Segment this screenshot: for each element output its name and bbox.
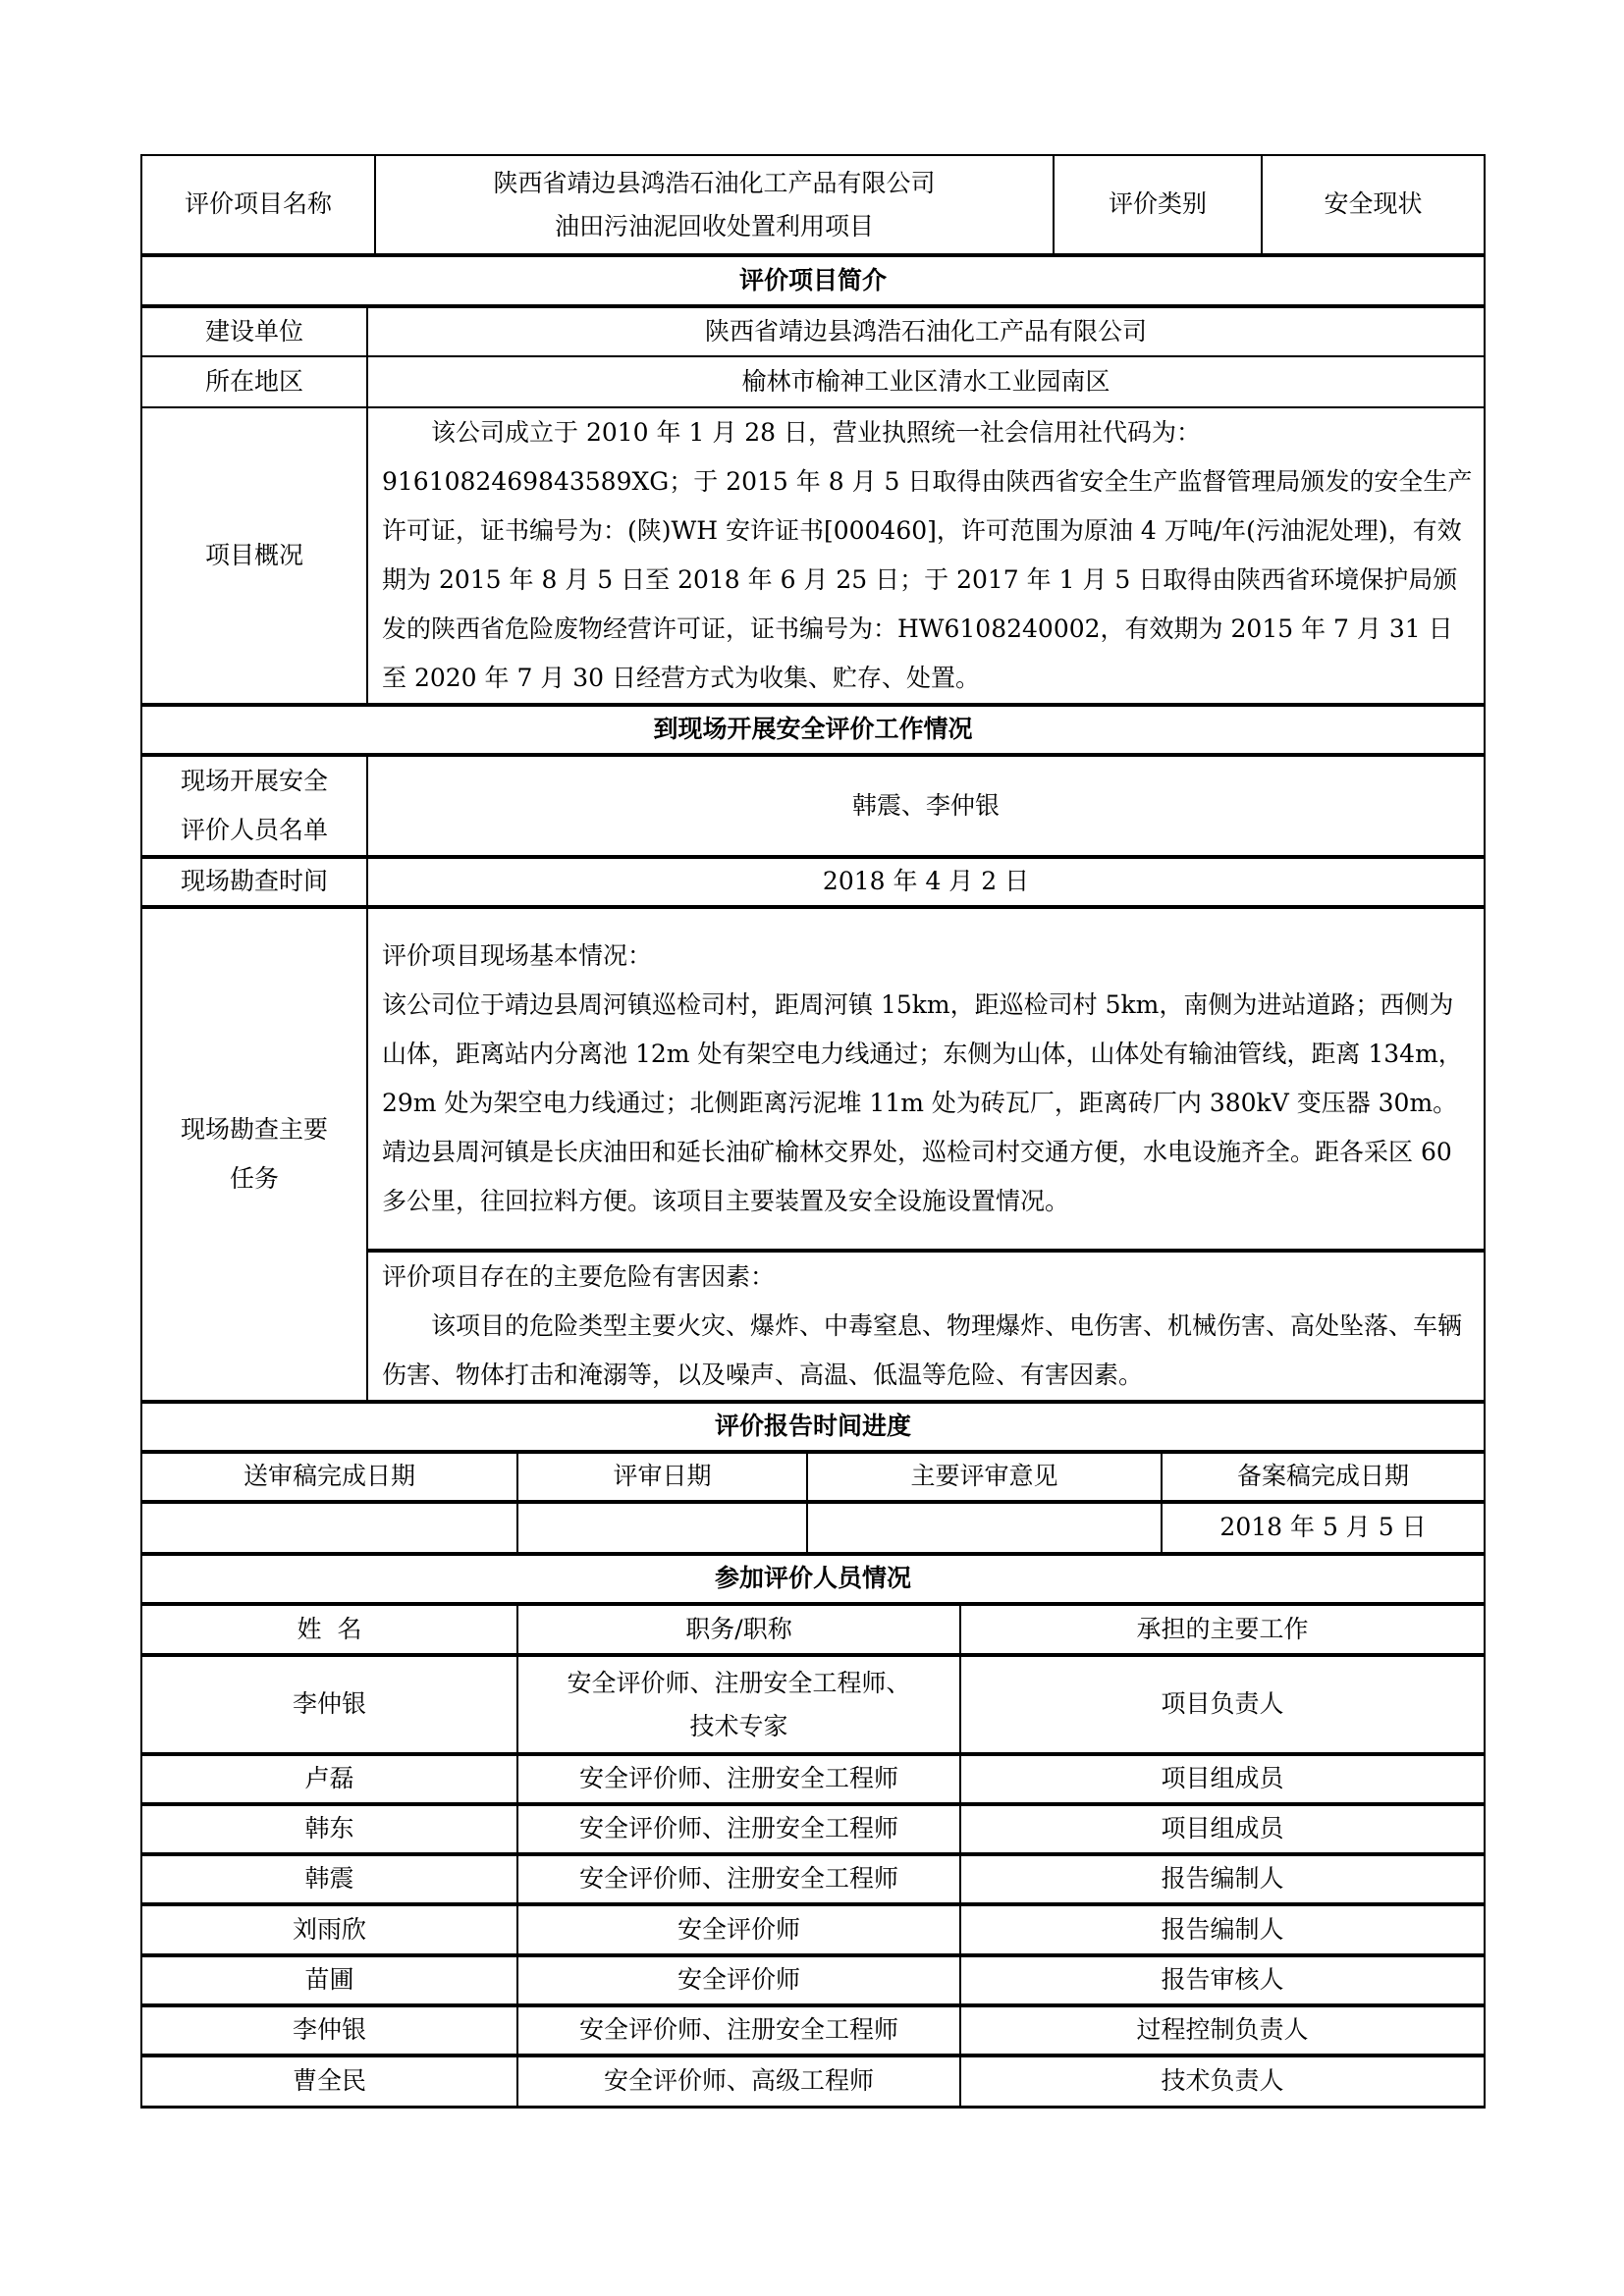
project-name-label: 评价项目名称: [141, 155, 375, 254]
person-name: 刘雨欣: [141, 1904, 517, 1955]
hazard-heading: 评价项目存在的主要危险有害因素：: [382, 1253, 1474, 1302]
section-title-site: 到现场开展安全评价工作情况: [141, 705, 1485, 755]
section-title-personnel: 参加评价人员情况: [141, 1554, 1485, 1604]
builder-value: 陕西省靖边县鸿浩石油化工产品有限公司: [367, 306, 1485, 356]
table-row: 苗圃 安全评价师 报告审核人: [141, 1955, 1485, 2005]
category-label: 评价类别: [1054, 155, 1262, 254]
person-role: 项目负责人: [960, 1655, 1485, 1754]
hazard-text: 该项目的危险类型主要火灾、爆炸、中毒窒息、物理爆炸、电伤害、机械伤害、高处坠落、…: [382, 1302, 1474, 1400]
person-title: 安全评价师、注册安全工程师: [517, 1804, 960, 1854]
intro-table: 评价项目简介 建设单位 陕西省靖边县鸿浩石油化工产品有限公司 所在地区 榆林市榆…: [140, 253, 1486, 1402]
staff-label: 现场开展安全 评价人员名单: [141, 755, 367, 857]
project-name-line2: 油田污油泥回收处置利用项目: [384, 205, 1045, 248]
person-title: 安全评价师: [517, 1904, 960, 1955]
personnel-col-title: 职务/职称: [517, 1604, 960, 1655]
category-value: 安全现状: [1262, 155, 1485, 254]
overview-text: 该公司成立于 2010 年 1 月 28 日，营业执照统一社会信用社代码为：91…: [367, 407, 1485, 705]
person-title: 安全评价师、注册安全工程师: [517, 1854, 960, 1904]
person-title: 安全评价师、注册安全工程师、 技术专家: [517, 1655, 960, 1754]
schedule-col-review-opinion: 主要评审意见: [807, 1452, 1162, 1502]
table-row: 韩震 安全评价师、注册安全工程师 报告编制人: [141, 1854, 1485, 1904]
person-title-line1: 安全评价师、注册安全工程师、: [526, 1662, 951, 1705]
person-name: 李仲银: [141, 2005, 517, 2056]
region-label: 所在地区: [141, 356, 367, 407]
person-role: 报告编制人: [960, 1904, 1485, 1955]
site-basic-heading: 评价项目现场基本情况：: [382, 932, 1474, 981]
person-name: 苗圃: [141, 1955, 517, 2005]
staff-label-line1: 现场开展安全: [150, 757, 358, 806]
schedule-submit-date: [141, 1502, 517, 1553]
person-role: 报告审核人: [960, 1955, 1485, 2005]
schedule-review-date: [517, 1502, 807, 1553]
person-title: 安全评价师: [517, 1955, 960, 2005]
section-title-intro: 评价项目简介: [141, 255, 1485, 306]
table-row: 李仲银 安全评价师、注册安全工程师 过程控制负责人: [141, 2005, 1485, 2056]
person-role: 过程控制负责人: [960, 2005, 1485, 2056]
person-name: 曹全民: [141, 2056, 517, 2107]
site-basic-block: 评价项目现场基本情况： 该公司位于靖边县周河镇巡检司村，距周河镇 15km，距巡…: [367, 907, 1485, 1251]
schedule-review-opinion: [807, 1502, 1162, 1553]
table-row: 刘雨欣 安全评价师 报告编制人: [141, 1904, 1485, 1955]
staff-value: 韩震、李仲银: [367, 755, 1485, 857]
table-row: 韩东 安全评价师、注册安全工程师 项目组成员: [141, 1804, 1485, 1854]
personnel-col-name: 姓 名: [141, 1604, 517, 1655]
table-row: 李仲银 安全评价师、注册安全工程师、 技术专家 项目负责人: [141, 1655, 1485, 1754]
site-basic-text: 该公司位于靖边县周河镇巡检司村，距周河镇 15km，距巡检司村 5km，南侧为进…: [382, 981, 1474, 1226]
survey-time-label: 现场勘查时间: [141, 857, 367, 907]
schedule-table: 评价报告时间进度 送审稿完成日期 评审日期 主要评审意见 备案稿完成日期 201…: [140, 1400, 1486, 1554]
person-name: 李仲银: [141, 1655, 517, 1754]
overview-label: 项目概况: [141, 407, 367, 705]
schedule-filing-date: 2018 年 5 月 5 日: [1162, 1502, 1485, 1553]
evaluation-form: 评价项目名称 陕西省靖边县鸿浩石油化工产品有限公司 油田污油泥回收处置利用项目 …: [140, 154, 1484, 2109]
schedule-col-submit-date: 送审稿完成日期: [141, 1452, 517, 1502]
header-table: 评价项目名称 陕西省靖边县鸿浩石油化工产品有限公司 油田污油泥回收处置利用项目 …: [140, 154, 1486, 255]
personnel-col-role: 承担的主要工作: [960, 1604, 1485, 1655]
survey-time-value: 2018 年 4 月 2 日: [367, 857, 1485, 907]
tasks-label-line2: 任务: [150, 1154, 358, 1203]
person-title: 安全评价师、高级工程师: [517, 2056, 960, 2107]
project-name-line1: 陕西省靖边县鸿浩石油化工产品有限公司: [384, 162, 1045, 205]
tasks-label: 现场勘查主要 任务: [141, 907, 367, 1401]
person-title: 安全评价师、注册安全工程师: [517, 1754, 960, 1804]
hazard-block: 评价项目存在的主要危险有害因素： 该项目的危险类型主要火灾、爆炸、中毒窒息、物理…: [367, 1251, 1485, 1401]
project-name-value: 陕西省靖边县鸿浩石油化工产品有限公司 油田污油泥回收处置利用项目: [375, 155, 1054, 254]
table-row: 曹全民 安全评价师、高级工程师 技术负责人: [141, 2056, 1485, 2107]
person-name: 韩东: [141, 1804, 517, 1854]
table-row: 卢磊 安全评价师、注册安全工程师 项目组成员: [141, 1754, 1485, 1804]
section-title-schedule: 评价报告时间进度: [141, 1402, 1485, 1452]
person-title-line2: 技术专家: [526, 1705, 951, 1748]
person-role: 项目组成员: [960, 1754, 1485, 1804]
staff-label-line2: 评价人员名单: [150, 806, 358, 855]
person-title: 安全评价师、注册安全工程师: [517, 2005, 960, 2056]
personnel-table: 参加评价人员情况 姓 名 职务/职称 承担的主要工作 李仲银 安全评价师、注册安…: [140, 1552, 1486, 2109]
person-name: 韩震: [141, 1854, 517, 1904]
schedule-col-filing-date: 备案稿完成日期: [1162, 1452, 1485, 1502]
person-role: 项目组成员: [960, 1804, 1485, 1854]
schedule-col-review-date: 评审日期: [517, 1452, 807, 1502]
builder-label: 建设单位: [141, 306, 367, 356]
tasks-label-line1: 现场勘查主要: [150, 1105, 358, 1154]
person-role: 技术负责人: [960, 2056, 1485, 2107]
person-name: 卢磊: [141, 1754, 517, 1804]
region-value: 榆林市榆神工业区清水工业园南区: [367, 356, 1485, 407]
person-role: 报告编制人: [960, 1854, 1485, 1904]
